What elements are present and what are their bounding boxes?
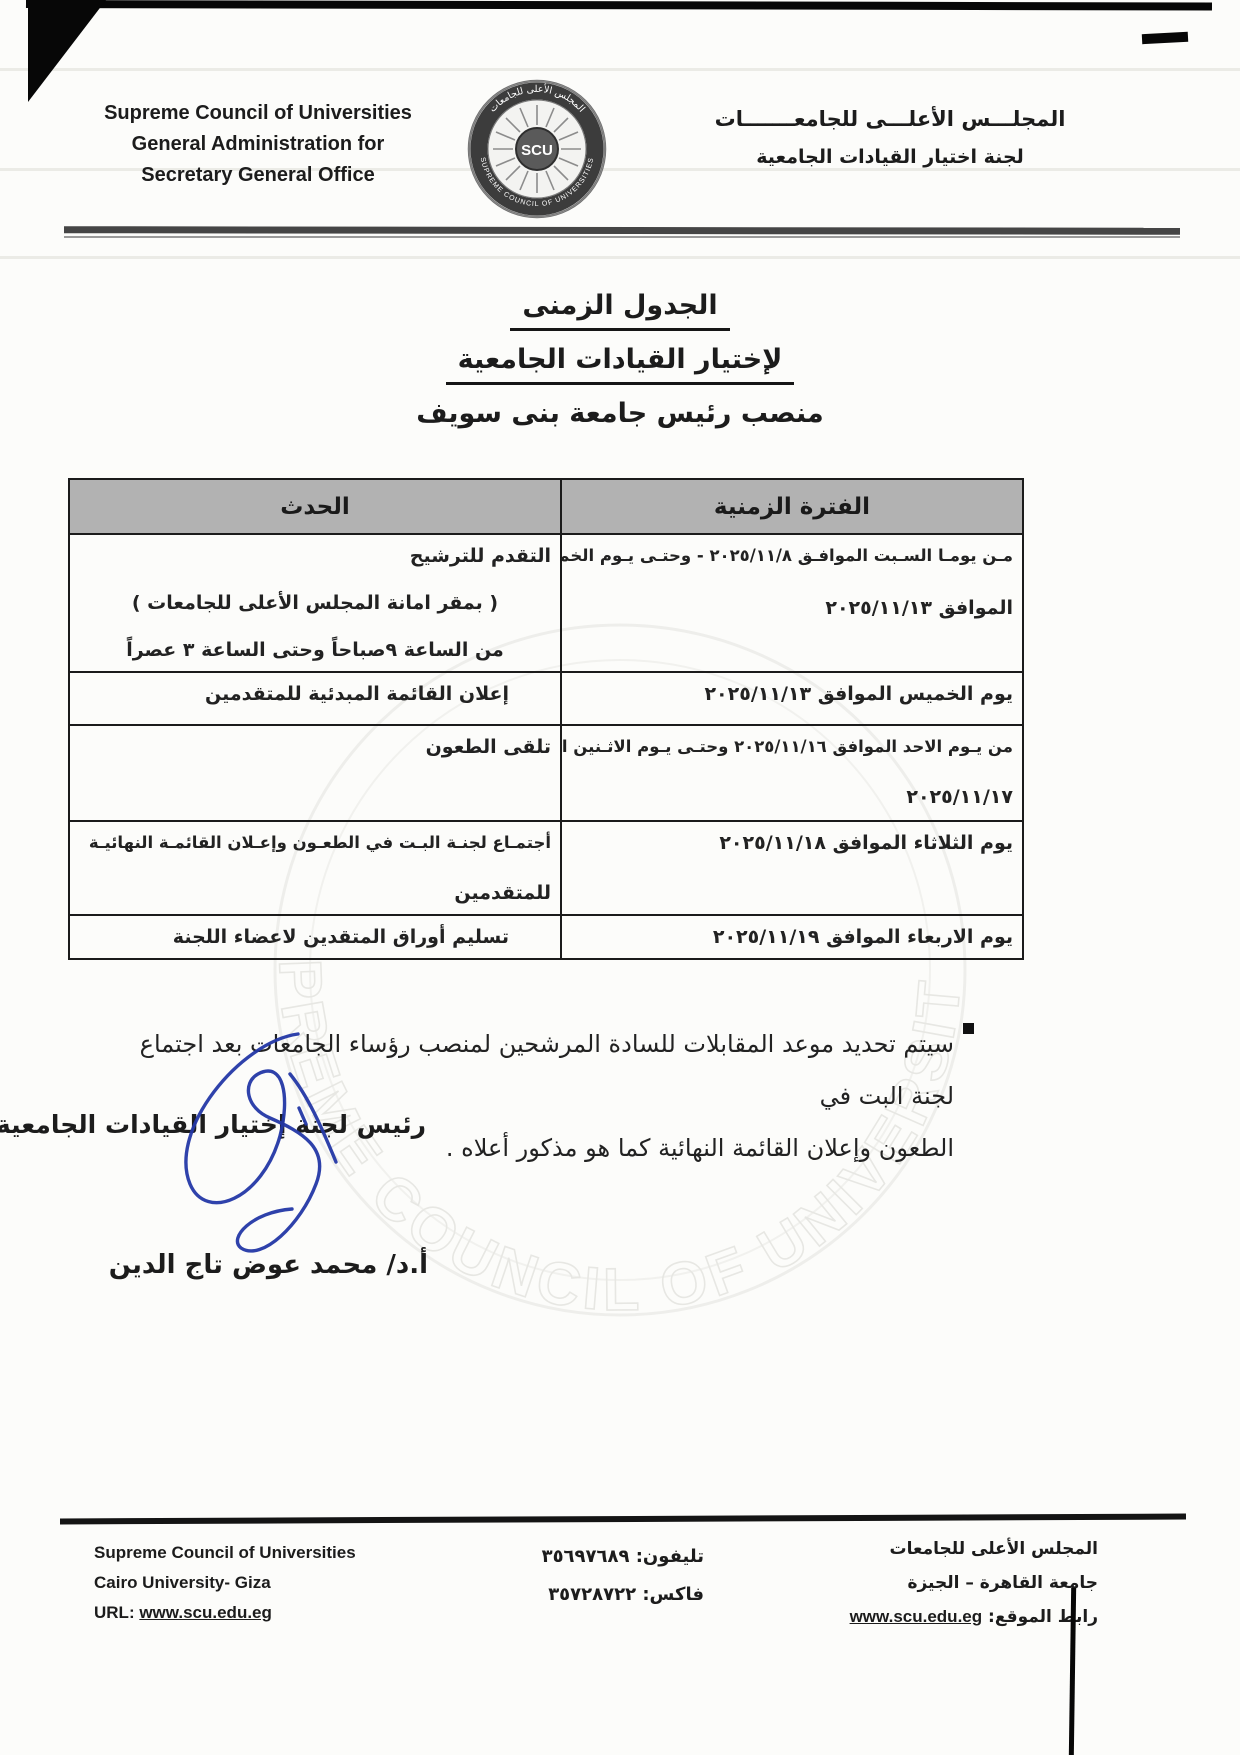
scan-artifact-top-bar [26,0,1212,10]
note-bullet-square [963,1023,974,1034]
period-text: ٢٠٢٥/١١/١٧ [571,782,1013,812]
event-text: من الساعة ٩صباحاً وحتى الساعة ٣ عصراً [79,635,551,665]
table-row: مـن يومـا السـبت الموافـق ٢٠٢٥/١١/٨ - وح… [69,534,1023,672]
doc-title-line2: لإختيار القيادات الجامعية [446,344,795,385]
event-text: إعلان القائمة المبدئية للمتقدمين [79,679,551,709]
footer-ar-line1: المجلس الأعلى للجامعات [828,1532,1098,1566]
footer-en-line1: Supreme Council of Universities [94,1538,424,1568]
period-header-cell: الفترة الزمنية [561,479,1023,534]
event-text: ( بمقر امانة المجلس الأعلى للجامعات ) [79,588,551,618]
scan-artifact-bottom-right-line [1069,1588,1076,1755]
header-divider-rule-shadow [64,236,1180,238]
table-row: يوم الاربعاء الموافق ٢٠٢٥/١١/١٩ تسليم أو… [69,915,1023,959]
period-text: الموافق ٢٠٢٥/١١/١٣ [571,593,1013,623]
period-cell: يوم الثلاثاء الموافق ٢٠٢٥/١١/١٨ [561,821,1023,915]
event-cell: تسليم أوراق المتقدين لاعضاء اللجنة [69,915,561,959]
footer-rule [60,1514,1186,1525]
header-org-arabic: المجلـــس الأعلـــى للجامعـــــــات لجنة… [688,104,1092,168]
signature-ink [140,1012,370,1292]
period-cell: يوم الاربعاء الموافق ٢٠٢٥/١١/١٩ [561,915,1023,959]
site-label: رابط الموقع: [982,1607,1098,1627]
event-cell: التقدم للترشيح ( بمقر امانة المجلس الأعل… [69,534,561,672]
org-en-line1: Supreme Council of Universities [92,98,424,129]
schedule-table: الفترة الزمنية الحدث مـن يومـا السـبت ال… [68,478,1024,960]
period-text: يوم الثلاثاء الموافق ٢٠٢٥/١١/١٨ [571,828,1013,858]
org-en-line3: Secretary General Office [92,160,424,191]
scu-seal-logo: SCU المجلس الأعلى للجامعات SUPREME COUNC… [466,78,608,220]
url-label: URL: [94,1603,139,1622]
table-row: يوم الخميس الموافق ٢٠٢٥/١١/١٣ إعلان القا… [69,672,1023,725]
footer-fax-line: فاكس: ٣٥٧٢٨٧٢٢ [500,1576,704,1614]
footer-arabic: المجلس الأعلى للجامعات جامعة القاهرة – ا… [828,1532,1098,1634]
event-cell: أجتمـاع لجنـة البـت في الطعـون وإعـلان ا… [69,821,561,915]
footer-en-line2: Cairo University- Giza [94,1568,424,1598]
footer-english: Supreme Council of Universities Cairo Un… [94,1538,424,1628]
org-ar-line2: لجنة اختيار القيادات الجامعية [688,146,1092,168]
doc-title-line3: منصب رئيس جامعة بنى سويف [408,398,832,433]
footer-contact: تليفون: ٣٥٦٩٧٦٨٩ فاكس: ٣٥٧٢٨٧٢٢ [500,1538,704,1614]
header-divider-rule [64,226,1180,235]
header-org-english: Supreme Council of Universities General … [92,98,424,191]
period-text: يوم الخميس الموافق ٢٠٢٥/١١/١٣ [571,679,1013,709]
period-text: مـن يومـا السـبت الموافـق ٢٠٢٥/١١/٨ - وح… [571,541,1013,571]
table-row: يوم الثلاثاء الموافق ٢٠٢٥/١١/١٨ أجتمـاع … [69,821,1023,915]
event-text: تسليم أوراق المتقدين لاعضاء اللجنة [79,922,551,952]
footer-url: www.scu.edu.eg [139,1603,272,1622]
footer-ar-line2: جامعة القاهرة – الجيزة [828,1566,1098,1600]
event-text: للمتقدمين [79,878,551,908]
document-title-block: الجدول الزمنى لإختيار القيادات الجامعية … [360,290,880,446]
fax-label: فاكس: [636,1584,704,1605]
scan-streak [0,256,1240,259]
event-cell: إعلان القائمة المبدئية للمتقدمين [69,672,561,725]
period-cell: من يـوم الاحد الموافق ٢٠٢٥/١١/١٦ وحتـى ي… [561,725,1023,821]
org-ar-line1: المجلـــس الأعلـــى للجامعـــــــات [688,104,1092,134]
scan-artifact-top-right-dash [1142,32,1188,44]
footer-site-url: www.scu.edu.eg [850,1607,983,1626]
scanned-document-page: SUPREME COUNCIL OF UNIVERSITIES Supreme … [0,0,1240,1755]
period-cell: يوم الخميس الموافق ٢٠٢٥/١١/١٣ [561,672,1023,725]
footer-site-line: رابط الموقع: www.scu.edu.eg [828,1600,1098,1634]
seal-center-text: SCU [521,142,553,159]
period-text: يوم الاربعاء الموافق ٢٠٢٥/١١/١٩ [571,922,1013,952]
table-row: من يـوم الاحد الموافق ٢٠٢٥/١١/١٦ وحتـى ي… [69,725,1023,821]
period-text: من يـوم الاحد الموافق ٢٠٢٥/١١/١٦ وحتـى ي… [571,732,1013,762]
phone-label: تليفون: [629,1546,704,1567]
scan-streak [0,68,1240,71]
doc-title-line1: الجدول الزمنى [510,290,729,331]
table-header-row: الفترة الزمنية الحدث [69,479,1023,534]
event-cell: تلقى الطعون [69,725,561,821]
event-text: أجتمـاع لجنـة البـت في الطعـون وإعـلان ا… [79,828,551,858]
footer-phone-line: تليفون: ٣٥٦٩٧٦٨٩ [500,1538,704,1576]
fax-number: ٣٥٧٢٨٧٢٢ [548,1584,636,1605]
event-header-cell: الحدث [69,479,561,534]
phone-number: ٣٥٦٩٧٦٨٩ [542,1546,630,1567]
org-en-line2: General Administration for [92,129,424,160]
scan-artifact-corner-wedge [28,0,106,102]
event-text: تلقى الطعون [79,732,551,762]
event-text: التقدم للترشيح [79,541,551,571]
footer-en-url-line: URL: www.scu.edu.eg [94,1598,424,1628]
schedule-table-wrap: الفترة الزمنية الحدث مـن يومـا السـبت ال… [68,478,1022,960]
period-cell: مـن يومـا السـبت الموافـق ٢٠٢٥/١١/٨ - وح… [561,534,1023,672]
